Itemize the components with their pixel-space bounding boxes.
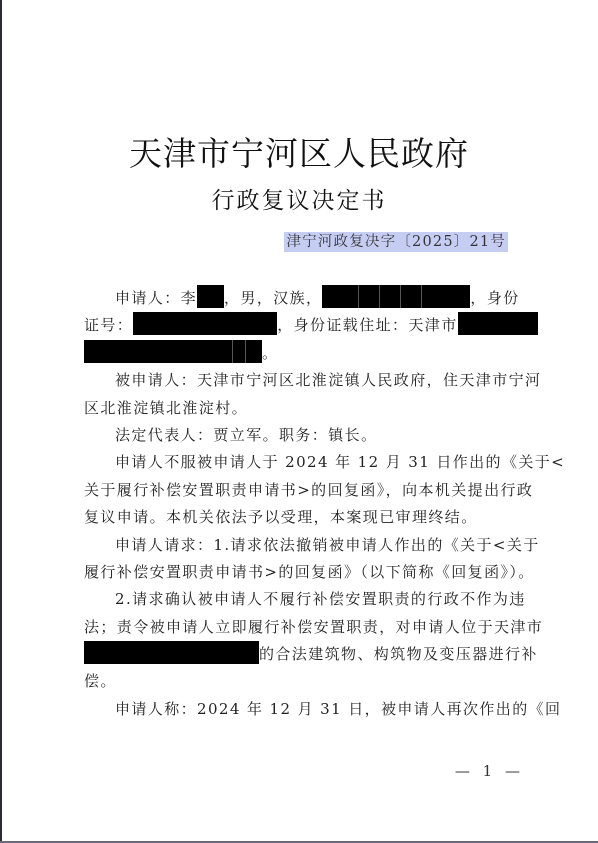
case-intro-line-1: 申请人不服被申请人于 2024 年 12 月 31 日作出的《关于< <box>84 449 524 476</box>
request-2-line-2: 法；责令被申请人立即履行补偿安置职责，对申请人位于天津市 <box>84 614 524 641</box>
case-intro-line-3: 复议申请。本机关依法予以受理，本案现已审理终结。 <box>84 504 524 531</box>
address-label: ，身份证载住址：天津市 <box>277 316 457 334</box>
respondent-line-2: 区北淮淀镇北淮淀村。 <box>84 395 524 422</box>
case-intro-line-2: 关于履行补偿安置职责申请书>的回复函》，向本机关提出行政 <box>84 477 524 504</box>
viewer-left-border <box>0 0 2 843</box>
redacted-address <box>246 340 262 363</box>
id-label-part: ，身份 <box>470 289 519 307</box>
redacted-address <box>84 340 233 363</box>
applicant-gender-ethnicity: ，男，汉族， <box>224 289 322 307</box>
request-2-line-3: 的合法建筑物、构筑物及变压器进行补 <box>84 641 524 668</box>
document-number[interactable]: 津宁河政复决字〔2025〕21号 <box>284 232 508 252</box>
request-2-line-1: 2.请求确认被申请人不履行补偿安置职责的行政不作为违 <box>84 586 524 613</box>
redacted-birthdate <box>322 285 359 308</box>
document-issuer-title: 天津市宁河区人民政府 <box>0 134 598 174</box>
claim-line-1: 申请人称：2024 年 12 月 31 日，被申请人再次作出的《回 <box>84 696 524 723</box>
page-number: — 1 — <box>455 762 524 780</box>
applicant-label: 申请人：李 <box>115 289 197 307</box>
redacted-id-number <box>133 312 277 335</box>
applicant-line-1: 申请人：李，男，汉族，，身份 <box>84 285 524 312</box>
applicant-line-2: 证号：，身份证载住址：天津市 <box>84 312 524 339</box>
redacted-birthdate <box>380 285 401 308</box>
request-2-line-3-text: 的合法建筑物、构筑物及变压器进行补 <box>259 641 538 668</box>
applicant-line-3: 。 <box>84 340 524 367</box>
redacted-address <box>458 312 538 335</box>
request-2-line-4: 偿。 <box>84 668 524 695</box>
redacted-name <box>197 285 224 308</box>
respondent-line-1: 被申请人：天津市宁河区北淮淀镇人民政府，住天津市宁河 <box>84 367 524 394</box>
redacted-address <box>233 340 246 363</box>
redacted-birthdate <box>359 285 380 308</box>
document-page: 天津市宁河区人民政府 行政复议决定书 津宁河政复决字〔2025〕21号 申请人：… <box>0 0 598 843</box>
redacted-birthdate <box>401 285 422 308</box>
request-1-line-2: 履行补偿安置职责申请书>的回复函》（以下简称《回复函》）。 <box>84 559 524 586</box>
representative-line: 法定代表人：贾立军。职务：镇长。 <box>84 422 524 449</box>
request-1-line-1: 申请人请求：1.请求依法撤销被申请人作出的《关于<关于 <box>84 532 524 559</box>
period: 。 <box>262 344 278 362</box>
id-label-part: 证号： <box>84 316 133 334</box>
document-body: 申请人：李，男，汉族，，身份 证号：，身份证载住址：天津市 。 被申请人：天津市… <box>84 285 524 723</box>
redacted-birthdate <box>422 285 470 308</box>
redacted-property-location <box>84 641 259 664</box>
document-subtitle: 行政复议决定书 <box>0 186 598 216</box>
